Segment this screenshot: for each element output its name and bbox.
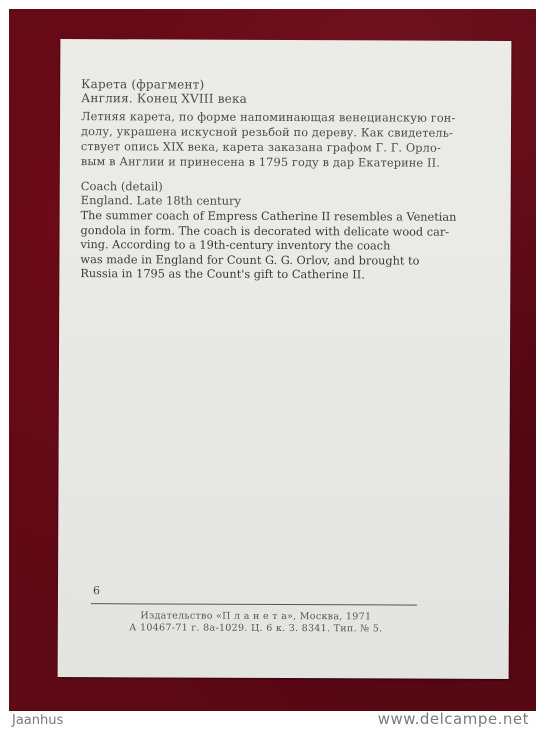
- site-watermark: www.delcampe.net: [378, 710, 529, 728]
- english-body-line: ving. According to a 19th-century invent…: [80, 238, 484, 254]
- postcard-back: Карета (фрагмент) Англия. Конец XVIII ве…: [58, 39, 512, 679]
- english-caption: Coach (detail) England. Late 18th centur…: [81, 179, 485, 209]
- russian-body-line: Летняя карета, по форме напоминающая вен…: [81, 109, 485, 126]
- english-subtitle: England. Late 18th century: [81, 193, 485, 209]
- page-number: 6: [93, 584, 100, 597]
- imprint-line-2: А 10467-71 г. 8а-1029. Ц. 6 к. З. 8341. …: [91, 622, 421, 635]
- russian-body-line: ствует опись XIX века, карета заказана г…: [81, 139, 485, 156]
- seller-watermark: Jaanhus: [12, 713, 63, 728]
- russian-body-line: вым в Англии и принесена в 1795 году в д…: [81, 154, 485, 171]
- english-body-line: Russia in 1795 as the Count's gift to Ca…: [80, 267, 484, 283]
- russian-subtitle: Англия. Конец XVIII века: [81, 91, 485, 107]
- english-description: The summer coach of Empress Catherine II…: [80, 209, 484, 283]
- russian-description: Летняя карета, по форме напоминающая вен…: [81, 109, 485, 171]
- english-body-line: The summer coach of Empress Catherine II…: [81, 209, 485, 225]
- russian-caption: Карета (фрагмент) Англия. Конец XVIII ве…: [81, 77, 485, 107]
- divider-rule: [91, 603, 417, 605]
- publisher-imprint: Издательство «П л а н е т а», Москва, 19…: [91, 610, 421, 635]
- russian-body-line: долу, украшена искусной резьбой по дерев…: [81, 124, 485, 141]
